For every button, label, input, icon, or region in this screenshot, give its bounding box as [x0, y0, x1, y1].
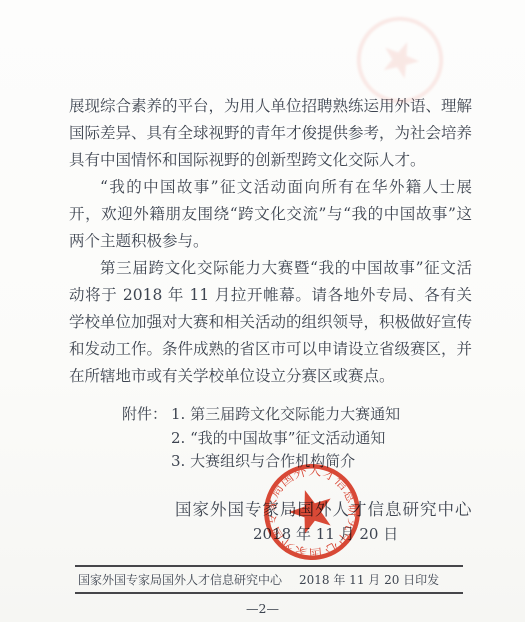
page-number: —2— [0, 601, 525, 616]
star-icon [284, 483, 338, 536]
body-paragraph-3: 第三届跨文化交际能力大赛暨“我的中国故事”征文活动将于 2018 年 11 月拉… [69, 255, 472, 390]
ghost-seal-bleedthrough [354, 14, 446, 106]
footer-print-date: 2018 年 11 月 20 日印发 [299, 571, 439, 589]
footer-issuer: 国家外国专家局国外人才信息研究中心 [78, 571, 282, 589]
body-paragraph-2: “我的中国故事”征文活动面向所有在华外籍人士展开，欢迎外籍朋友围绕“跨文化交流”… [69, 174, 472, 255]
ghost-seal-icon [354, 14, 446, 106]
attachment-item-1: 1. 第三届跨文化交际能力大赛通知 [171, 403, 400, 427]
footer-rule-top [75, 565, 463, 567]
footer-imprint: 国家外国专家局国外人才信息研究中心 2018 年 11 月 20 日印发 [78, 571, 463, 589]
footer-rule-bottom [75, 592, 463, 594]
document-body: 展现综合素养的平台，为用人单位招聘熟练运用外语、理解国际差异、具有全球视野的青年… [69, 93, 472, 390]
attachments-label: 附件： [122, 403, 167, 427]
scanned-document-page: 展现综合素养的平台，为用人单位招聘熟练运用外语、理解国际差异、具有全球视野的青年… [0, 0, 525, 622]
